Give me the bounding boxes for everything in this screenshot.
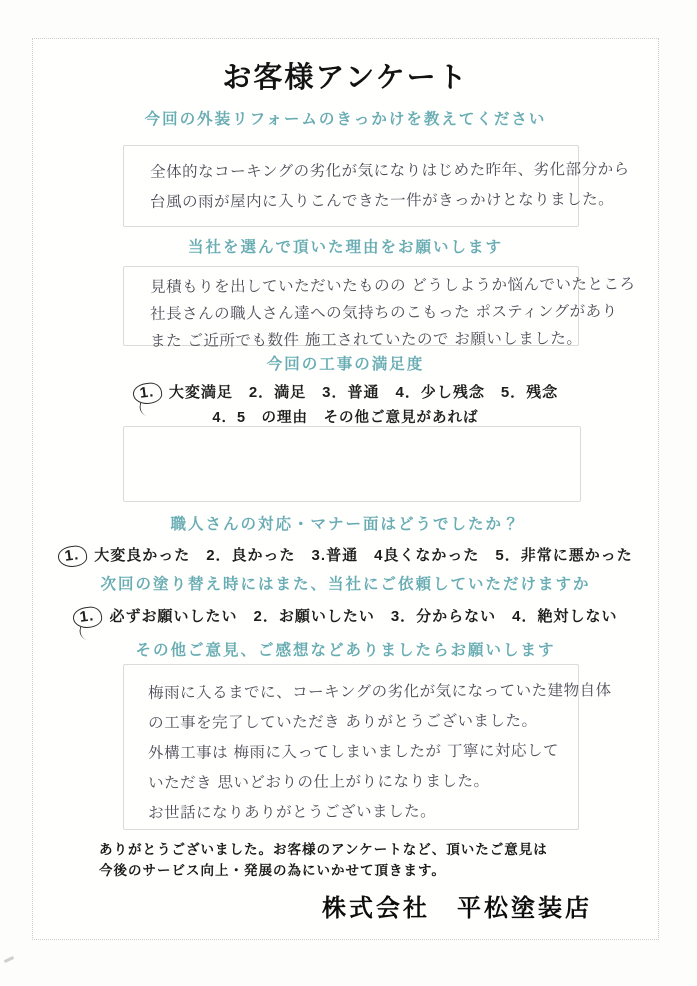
answer-box-q2: 見積もりを出していただいたものの どうしようか悩んでいたところ 社長さんの職人さ… bbox=[123, 266, 579, 346]
handwriting-line: また ご近所でも数件 施工されていたので お願いしました。 bbox=[150, 325, 578, 355]
question2-heading: 当社を選んで頂いた理由をお願いします bbox=[33, 235, 658, 257]
satisfaction-sub-prompt: 4．5 の理由 その他ご意見があれば bbox=[33, 406, 658, 427]
handwriting-line: の工事を完了していただき ありがとうございました。 bbox=[148, 705, 578, 738]
handwriting-line: お世話になりありがとうございました。 bbox=[148, 795, 578, 828]
repeat-options: 必ずお願いしたい 2．お願いしたい 3．分からない 4．絶対しない bbox=[109, 608, 617, 625]
manner-options-row: 1.大変良かった 2．良かった 3.普通 4良くなかった 5．非常に悪かった bbox=[33, 544, 658, 567]
question5-heading: 次回の塗り替え時にはまた、当社にご依頼していただけますか bbox=[33, 572, 658, 594]
footer-note-line1: ありがとうございました。お客様のアンケートなど、頂いたご意見は bbox=[99, 838, 548, 858]
reason-box-empty bbox=[123, 426, 581, 502]
question1-heading: 今回の外装リフォームのきっかけを教えてください bbox=[33, 107, 658, 129]
footer-note-line2: 今後のサービス向上・発展の為にいかせて頂きます。 bbox=[99, 859, 446, 879]
satisfaction-options-row: 1.大変満足 2．満足 3．普通 4．少し残念 5．残念 bbox=[33, 381, 658, 404]
handwriting-line: 見積もりを出していただいたものの どうしようか悩んでいたところ bbox=[150, 271, 578, 301]
scan-artifact bbox=[4, 956, 14, 963]
question4-heading: 職人さんの対応・マナー面はどうでしたか？ bbox=[33, 512, 658, 534]
scanned-survey-page: お客様アンケート 今回の外装リフォームのきっかけを教えてください 全体的なコーキ… bbox=[0, 0, 697, 986]
question6-heading: その他ご意見、ご感想などありましたらお願いします bbox=[33, 638, 658, 660]
paper-frame: お客様アンケート 今回の外装リフォームのきっかけを教えてください 全体的なコーキ… bbox=[32, 38, 659, 940]
circled-answer-mark: 1. bbox=[72, 605, 103, 629]
answer-box-q6: 梅雨に入るまでに、コーキングの劣化が気になっていた建物自体 の工事を完了していた… bbox=[123, 664, 579, 830]
satisfaction-options: 大変満足 2．満足 3．普通 4．少し残念 5．残念 bbox=[169, 384, 558, 401]
handwriting-line: 外構工事は 梅雨に入ってしまいましたが 丁寧に対応して bbox=[148, 735, 578, 768]
manner-options: 大変良かった 2．良かった 3.普通 4良くなかった 5．非常に悪かった bbox=[94, 547, 633, 564]
company-name: 株式会社 平松塗装店 bbox=[322, 888, 592, 923]
circled-answer-mark: 1. bbox=[132, 381, 163, 405]
survey-title: お客様アンケート bbox=[33, 55, 658, 96]
handwriting-line: いただき 思いどおりの仕上がりになりました。 bbox=[148, 765, 578, 798]
answer-box-q1: 全体的なコーキングの劣化が気になりはじめた昨年、劣化部分から 台風の雨が屋内に入… bbox=[123, 145, 579, 227]
circled-answer-mark: 1. bbox=[57, 544, 88, 568]
repeat-options-row: 1.必ずお願いしたい 2．お願いしたい 3．分からない 4．絶対しない bbox=[33, 605, 658, 628]
question3-heading: 今回の工事の満足度 bbox=[33, 352, 658, 374]
handwriting-line: 社長さんの職人さん達への気持ちのこもった ポスティングがあり bbox=[150, 298, 578, 328]
handwriting-line: 台風の雨が屋内に入りこんできた一件がきっかけとなりました。 bbox=[150, 184, 578, 217]
handwriting-line: 全体的なコーキングの劣化が気になりはじめた昨年、劣化部分から bbox=[150, 154, 578, 187]
handwriting-line: 梅雨に入るまでに、コーキングの劣化が気になっていた建物自体 bbox=[148, 675, 578, 708]
